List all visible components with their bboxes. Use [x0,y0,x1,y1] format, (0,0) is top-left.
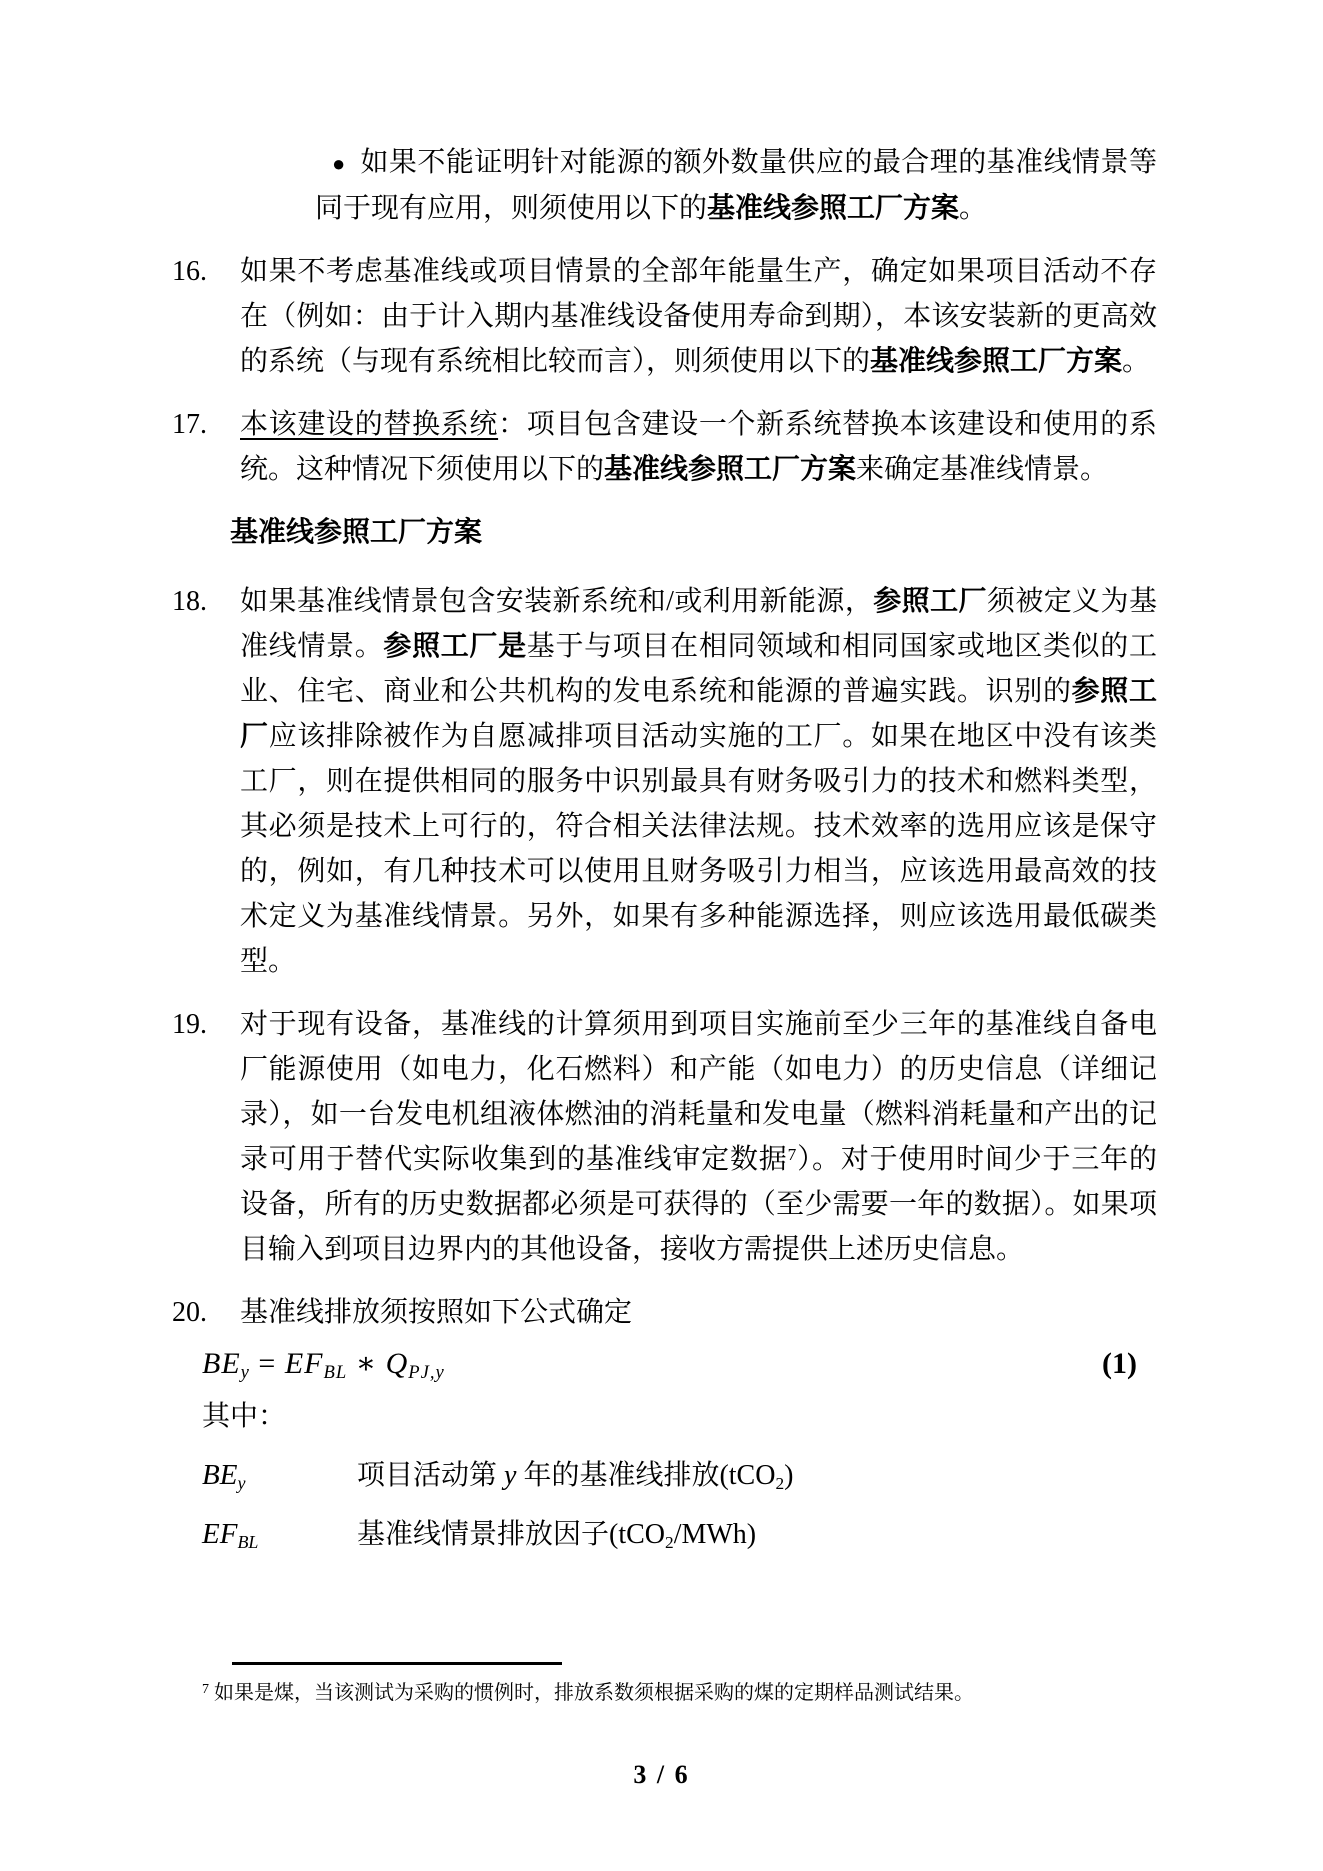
list-number-18: 18. [172,579,240,984]
list-number-17: 17. [172,402,240,492]
bullet-paragraph: ●如果不能证明针对能源的额外数量供应的最合理的基准线情景等同于现有应用，则须使用… [315,140,1157,231]
definition-row-efbl: EFBL 基准线情景排放因子(tCO2/MWh) [202,1512,1157,1557]
list-text-18: 如果基准线情景包含安装新系统和/或利用新能源，参照工厂须被定义为基准线情景。参照… [240,579,1157,984]
list-number-20: 20. [172,1290,240,1335]
list-item-16: 16. 如果不考虑基准线或项目情景的全部年能量生产，确定如果项目活动不存在（例如… [172,249,1157,384]
list-text-19: 对于现有设备，基准线的计算须用到项目实施前至少三年的基准线自备电厂能源使用（如电… [240,1002,1157,1272]
list-item-18: 18. 如果基准线情景包含安装新系统和/或利用新能源，参照工厂须被定义为基准线情… [172,579,1157,984]
definition-desc-bey: 项目活动第 y 年的基准线排放(tCO2) [357,1453,1157,1498]
list-text-20: 基准线排放须按照如下公式确定 [240,1290,1157,1335]
page-number: 3 / 6 [0,1752,1323,1797]
document-content: ●如果不能证明针对能源的额外数量供应的最合理的基准线情景等同于现有应用，则须使用… [172,140,1157,1557]
bullet-paragraph-text: 如果不能证明针对能源的额外数量供应的最合理的基准线情景等同于现有应用，则须使用以… [315,147,1157,224]
equation-expression: BEy = EFBL ∗ QPJ,y [202,1341,445,1386]
list-item-19: 19. 对于现有设备，基准线的计算须用到项目实施前至少三年的基准线自备电厂能源使… [172,1002,1157,1272]
equation-number: (1) [1102,1341,1137,1386]
section-heading: 基准线参照工厂方案 [230,510,1157,555]
list-number-16: 16. [172,249,240,384]
equation-1: BEy = EFBL ∗ QPJ,y (1) [202,1341,1137,1386]
list-item-20: 20. 基准线排放须按照如下公式确定 [172,1290,1157,1335]
definition-term-efbl: EFBL [202,1512,357,1557]
definition-row-bey: BEy 项目活动第 y 年的基准线排放(tCO2) [202,1453,1157,1498]
list-item-17: 17. 本该建设的替换系统：项目包含建设一个新系统替换本该建设和使用的系统。这种… [172,402,1157,492]
list-number-19: 19. [172,1002,240,1272]
footnote-separator [232,1662,562,1665]
list-text-17: 本该建设的替换系统：项目包含建设一个新系统替换本该建设和使用的系统。这种情况下须… [240,402,1157,492]
list-text-16: 如果不考虑基准线或项目情景的全部年能量生产，确定如果项目活动不存在（例如：由于计… [240,249,1157,384]
where-label: 其中： [202,1394,1157,1439]
definition-term-bey: BEy [202,1453,357,1498]
definition-desc-efbl: 基准线情景排放因子(tCO2/MWh) [357,1512,1157,1557]
document-page: ●如果不能证明针对能源的额外数量供应的最合理的基准线情景等同于现有应用，则须使用… [0,0,1323,1871]
bullet-icon: ● [332,141,360,186]
footnote-text: 7 如果是煤，当该测试为采购的惯例时，排放系数须根据采购的煤的定期样品测试结果。 [202,1678,1162,1708]
